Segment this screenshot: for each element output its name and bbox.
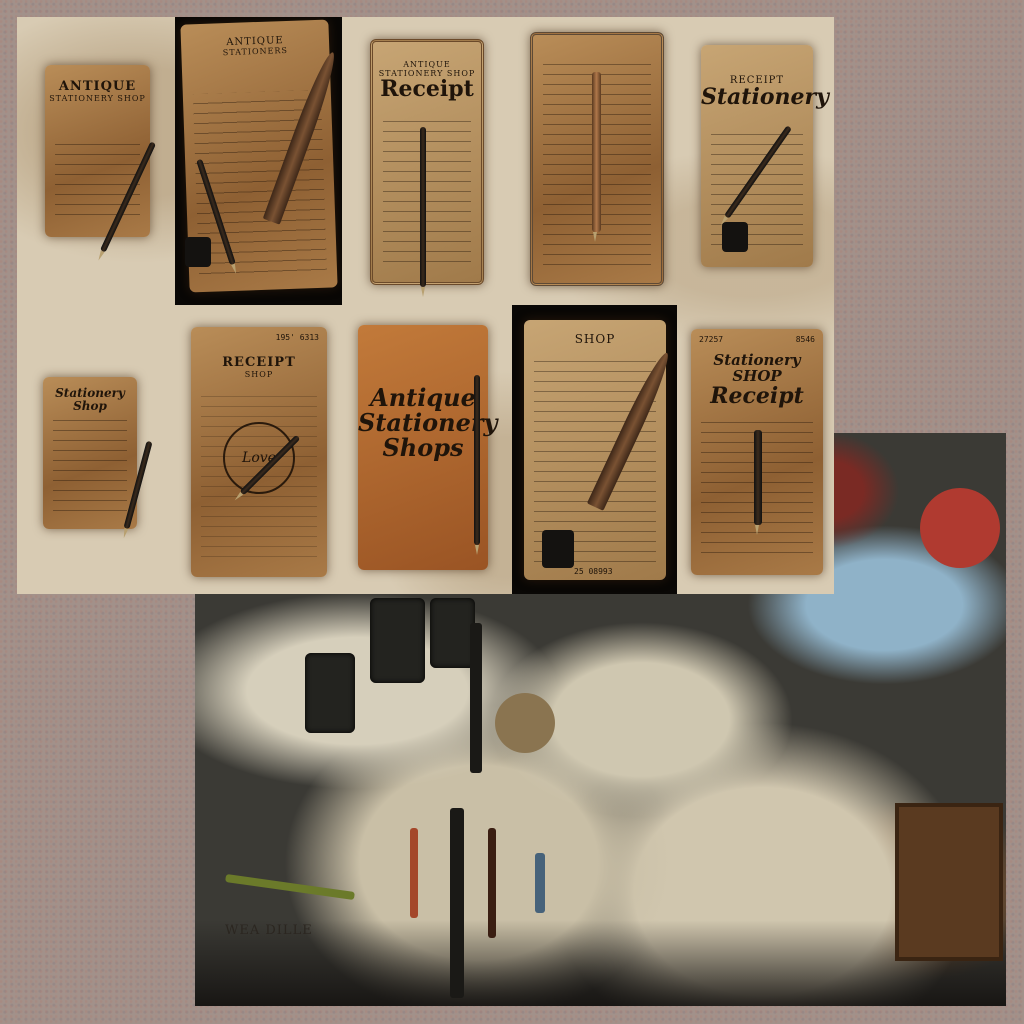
wooden-tray	[895, 803, 1003, 961]
card-panel-receipt-shop: 195' 6313 RECEIPT SHOP Love	[175, 305, 342, 594]
fountain-pen-icon	[754, 430, 762, 525]
card-panel-stationery-receipt: 27257 8546 Stationery SHOP Receipt	[677, 305, 834, 594]
wea-dille-label: WEA DILLE	[225, 923, 313, 938]
ink-bottle-icon	[722, 222, 748, 252]
card-panel-antique: ANTIQUE STATIONERY SHOP	[17, 17, 175, 305]
fountain-pen	[470, 623, 482, 773]
receipt-ornate-card: ANTIQUE STATIONERY SHOP Receipt	[370, 39, 484, 285]
card-panel-stationery: RECEIPT Stationery	[677, 17, 834, 305]
ink-bottle	[305, 653, 355, 733]
ink-bottle	[370, 598, 425, 683]
stationery-card-sheet: ANTIQUE STATIONERY SHOP ANTIQUE STATIONE…	[17, 17, 834, 594]
wax-seal	[495, 693, 555, 753]
antique-receipt-card: ANTIQUE STATIONERY SHOP	[45, 65, 150, 237]
fountain-pen-icon	[592, 72, 601, 232]
ink-bottle-icon	[542, 530, 574, 568]
card-panel-pen-letter	[512, 17, 677, 305]
fountain-pen-icon	[474, 375, 480, 545]
pencil	[488, 828, 496, 938]
ink-bottle-icon	[185, 237, 211, 267]
antique-shops-card: Antique Stationery Shops	[358, 325, 488, 570]
card-panel-stationery-shop: Stationery Shop	[17, 305, 175, 594]
fountain-pen	[450, 808, 464, 998]
fountain-pen	[410, 828, 418, 918]
stationery-shop-card: Stationery Shop	[43, 377, 137, 529]
ink-bottle	[430, 598, 475, 668]
pen-cap	[535, 853, 545, 913]
receipt-shop-card: 195' 6313 RECEIPT SHOP Love	[191, 327, 327, 577]
fountain-pen	[225, 874, 355, 900]
card-panel-shop-quill: SHOP 25 08993	[512, 305, 677, 594]
red-tin	[920, 488, 1000, 568]
card-panel-receipt-ornate: ANTIQUE STATIONERY SHOP Receipt	[342, 17, 512, 305]
card-panel-antique-shops: Antique Stationery Shops	[342, 305, 512, 594]
card-panel-quill: ANTIQUE STATIONERS	[175, 17, 342, 305]
stationery-receipt-card: RECEIPT Stationery	[701, 45, 813, 267]
fountain-pen-icon	[420, 127, 426, 287]
